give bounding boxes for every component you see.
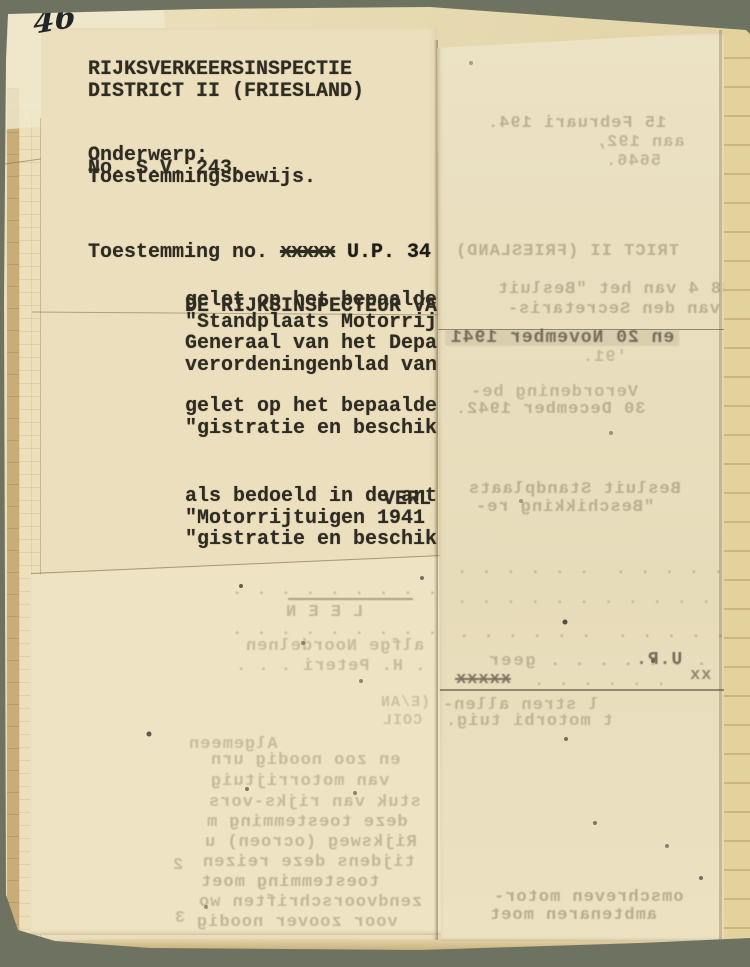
subject-block: Onderwerp:Toestemmingsbewijs.	[88, 145, 316, 188]
ghost-line: Verordening be-	[470, 385, 638, 401]
right-sheet-right-edge	[719, 30, 722, 940]
ghost-line: xxxxx	[455, 672, 511, 688]
typed-line: Generaal van het Depa	[185, 333, 437, 355]
ghost-line: voor zoover noodig	[196, 915, 398, 931]
letterhead: RIJKSVERKEERSINSPECTIEDISTRICT II (FRIES…	[88, 59, 364, 103]
ghost-line: 38 4 van het "Besluit	[497, 282, 732, 298]
ghost-line: omschreven motor-	[493, 890, 683, 906]
ghost-line: van den Secretaris-	[507, 302, 720, 318]
ghost-line: L E E N	[285, 605, 363, 621]
dust-specks	[0, 0, 2, 2]
ghost-line: 5646.	[605, 154, 661, 170]
ghost-line: en zoo noodig urn	[210, 753, 400, 769]
right-sheet-edge-shadow	[434, 40, 438, 940]
ghost-line: aan 192,	[595, 135, 685, 151]
typed-line: "Motorrijtuigen 1941	[185, 508, 437, 530]
typed-line: "gistratie en beschik	[185, 418, 437, 440]
ghost-line: "Beschikking re-	[475, 500, 654, 516]
ghost-line: tijdens deze reizen	[202, 855, 415, 871]
typed-line: gelet op het bepaalde	[185, 290, 437, 312]
paragraph-2: gelet op het bepaalde"gistratie en besch…	[185, 396, 437, 439]
typed-line: "gistratie en beschik	[185, 529, 437, 551]
ghost-line	[288, 598, 413, 600]
typed-line: als bedoeld in de art	[185, 486, 437, 508]
ghost-line: t motorbi tuig.	[445, 714, 613, 730]
album-page: 46 RIJKSVERKEERSINSPECTIEDISTRICT II (FR…	[0, 0, 750, 967]
paragraph-1: gelet op het bepaalde"Standplaats Motorr…	[185, 290, 437, 376]
ghost-line: van motorrijtuig	[210, 774, 389, 790]
ghost-line: alfge Noordelnen	[245, 639, 424, 655]
ghost-line: U.P.	[635, 652, 682, 668]
typed-line: Toestemmingsbewijs.	[88, 167, 316, 189]
photo-backdrop: 46 RIJKSVERKEERSINSPECTIEDISTRICT II (FR…	[0, 0, 750, 967]
typed-line: "Standplaats Motorrij	[185, 312, 437, 334]
ghost-line: TRICT II (FRIESLAND)	[455, 244, 679, 260]
ghost-line: Besluit Standplaats	[468, 482, 681, 498]
ghost-line: . . . . . . . . . . . .	[455, 562, 748, 578]
typed-line: Onderwerp:	[88, 145, 316, 167]
ghost-line: . . . . . . . . . . . .	[455, 592, 736, 608]
typed-line: RIJKSVERKEERSINSPECTIE	[88, 59, 364, 81]
ghost-line: xx	[689, 668, 711, 684]
ghost-line: toestemming moet	[200, 875, 379, 891]
ghost-line: . . . . . .	[532, 674, 666, 690]
ghost-line: Rijksweg (ocroen) u	[204, 835, 417, 851]
ghost-line: 30 December 1942.	[455, 402, 645, 418]
right-overlay-sheet: 15 Februari 194.aan 192,5646.TRICT II (F…	[437, 32, 724, 941]
ghost-line: (E/AN	[380, 695, 430, 711]
typed-line: gelet op het bepaalde	[185, 396, 437, 418]
ghost-line: en 20 November 1941	[445, 330, 679, 346]
ghost-line: deze toestemming m	[206, 815, 408, 831]
ghost-line: . . . . . . . . .	[230, 583, 437, 599]
ghost-line: 3	[174, 911, 185, 927]
ghost-line: . . . . . . . . . . .	[457, 626, 725, 642]
ghost-line: 2	[172, 858, 183, 874]
ghost-line: stuk van rijks-vors	[208, 795, 421, 811]
ghost-line: ambtenaren moet	[489, 908, 657, 924]
paragraph-3: als bedoeld in de art"Motorrijtuigen 194…	[185, 486, 437, 551]
typed-line: DISTRICT II (FRIESLAND)	[88, 81, 364, 103]
ghost-line: '91.	[582, 350, 627, 366]
ghost-line: zendvoorschriften wo	[198, 895, 422, 911]
ghost-line: 15 Februari 194.	[487, 116, 666, 132]
ghost-line: COIL	[382, 713, 422, 729]
typed-line: verordeningenblad van	[185, 355, 437, 377]
bottom-overlay-sheet: . . . . . . . . .L E E N. . . . . . . . …	[30, 553, 460, 935]
